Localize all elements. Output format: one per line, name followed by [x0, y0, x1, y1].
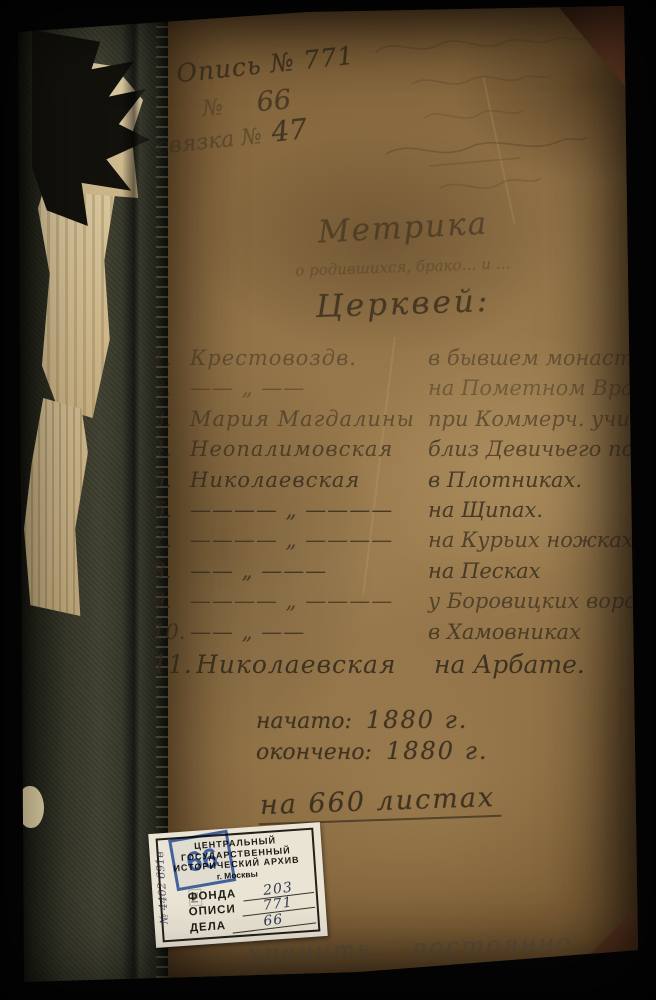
church-list-item: 5.Николаевскаяв Плотниках.	[152, 468, 638, 498]
church-location: на Арбате.	[434, 650, 638, 679]
ditto-mark: ———— „ ————	[190, 498, 428, 522]
item-number: 2.	[152, 376, 190, 400]
church-location: близ Девичьего поля	[428, 437, 656, 461]
church-location: при Коммерч. училище	[428, 407, 656, 431]
item-number: 11.	[152, 650, 196, 679]
spine-ridge	[122, 6, 152, 988]
church-name: Мария Магдалины	[190, 407, 428, 431]
church-location: на Курьих ножках	[428, 528, 638, 552]
delo-note-prefix: №	[201, 95, 224, 122]
church-location: в Плотниках.	[428, 468, 638, 492]
church-list-item: 6.———— „ ————на Щипах.	[152, 498, 638, 528]
church-location: в бывшем монастыре	[428, 346, 656, 370]
delo-label: ДЕЛА	[189, 919, 226, 933]
church-list-item: 3.Мария Магдалиныпри Коммерч. училище	[152, 407, 638, 437]
church-name: Николаевская	[196, 650, 434, 679]
church-list-item: 9.———— „ ————у Боровицких ворот	[152, 589, 638, 619]
sheet-count-note: на 660 листах	[257, 782, 501, 825]
small-number-stamp: №	[188, 888, 202, 906]
book-title: Метрика	[167, 198, 638, 259]
church-location: на Пометном Вражке	[428, 376, 656, 400]
book-spine	[18, 6, 168, 988]
ditto-mark: ———— „ ————	[190, 528, 428, 552]
item-number: 9.	[152, 589, 190, 613]
book-subtitle-faded: о родившихся, брако… и …	[168, 250, 638, 284]
torn-parchment-patch	[18, 786, 44, 828]
item-number: 10.	[152, 620, 190, 644]
church-list-item: 1.Крестовоздв.в бывшем монастыре	[152, 346, 638, 376]
date-finished-label: окончено:	[256, 740, 372, 765]
item-number: 4.	[152, 437, 190, 461]
cover-front: Опись № 771 №66 связка №47 Метрика	[168, 6, 638, 988]
church-name: Неопалимовская	[190, 437, 428, 461]
church-location: на Песках	[428, 559, 638, 583]
blue-number-stamp: 66	[168, 830, 236, 892]
church-list-item: 10.—— „ ——в Хамовниках	[152, 620, 638, 650]
church-list-item: 4.Неопалимовскаяблиз Девичьего поля	[152, 437, 638, 467]
delo-note-value: 66	[255, 84, 292, 118]
leather-corner-bottom-right	[566, 906, 638, 978]
church-location: у Боровицких ворот	[428, 589, 656, 613]
ditto-mark: —— „ ——	[190, 620, 428, 644]
opis-note: Опись № 771	[175, 41, 356, 89]
church-name: Николаевская	[190, 468, 428, 492]
church-list-item: 8.—— „ ———на Песках	[152, 559, 638, 589]
item-number: 6.	[152, 498, 190, 522]
keep-note-word2: постоянно	[411, 928, 572, 962]
item-number: 7.	[152, 528, 190, 552]
photo-background: Опись № 771 №66 связка №47 Метрика	[0, 0, 656, 1000]
church-location: в Хамовниках	[428, 620, 638, 644]
item-number: 1.	[152, 346, 190, 370]
church-list: 1.Крестовоздв.в бывшем монастыре 2.—— „ …	[152, 346, 638, 680]
torn-parchment-patch	[24, 398, 88, 616]
date-finished-value: 1880 г.	[386, 737, 488, 765]
keep-note-word1: хранить	[248, 935, 373, 969]
church-list-item: 2.—— „ ——на Пометном Вражке	[152, 376, 638, 406]
item-number: 3.	[152, 407, 190, 431]
date-finished: окончено: 1880 г.	[256, 737, 488, 768]
church-list-item: 11.Николаевскаяна Арбате.	[152, 650, 638, 680]
svyazka-note: связка №47	[155, 112, 309, 161]
svyazka-note-value: 47	[270, 112, 309, 149]
book-cover: Опись № 771 №66 связка №47 Метрика	[18, 6, 638, 988]
date-started-label: начато:	[256, 709, 352, 734]
dates-block: начато: 1880 г. окончено: 1880 г.	[256, 706, 488, 768]
label-rows: ФОНДА203 ОПИСИ771 ДЕЛА66	[187, 879, 316, 934]
illegible-faded-handwriting	[368, 32, 593, 200]
date-started: начато: 1880 г.	[256, 706, 488, 737]
church-name: Крестовоздв.	[190, 346, 428, 370]
item-number: 5.	[152, 468, 190, 492]
ditto-mark: —— „ ——	[190, 376, 428, 400]
ditto-mark: —— „ ———	[190, 559, 428, 583]
book-title-churches: Церквей:	[168, 278, 639, 330]
ditto-mark: ———— „ ————	[190, 589, 428, 613]
svyazka-note-prefix: связка №	[155, 124, 263, 160]
church-location: на Щипах.	[428, 498, 638, 522]
church-list-item: 7.———— „ ————на Курьих ножках	[152, 528, 638, 558]
date-started-value: 1880 г.	[366, 706, 468, 734]
item-number: 8.	[152, 559, 190, 583]
archive-label: № 4402 691в ЦЕНТРАЛЬНЫЙ ГОСУДАРСТВЕННЫЙ …	[148, 822, 328, 948]
